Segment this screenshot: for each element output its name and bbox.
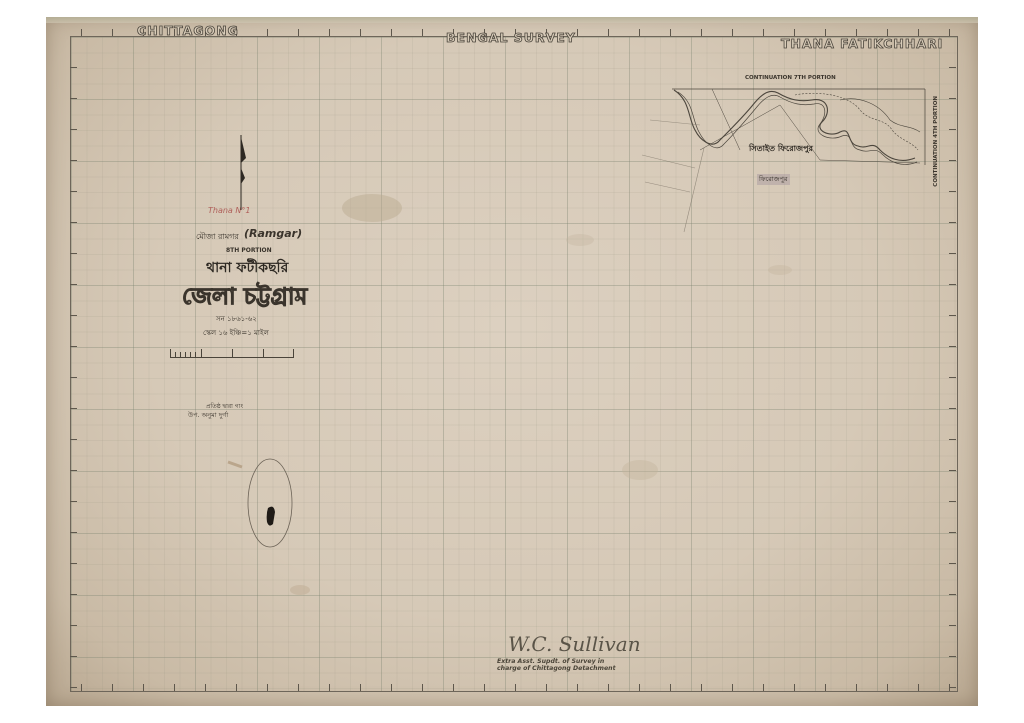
ink-blot bbox=[267, 507, 275, 526]
map-drawing bbox=[0, 0, 1024, 723]
highlight-ellipse bbox=[248, 459, 292, 547]
inset-map bbox=[672, 89, 925, 165]
stain bbox=[342, 194, 402, 222]
north-arrow-icon bbox=[241, 135, 246, 210]
